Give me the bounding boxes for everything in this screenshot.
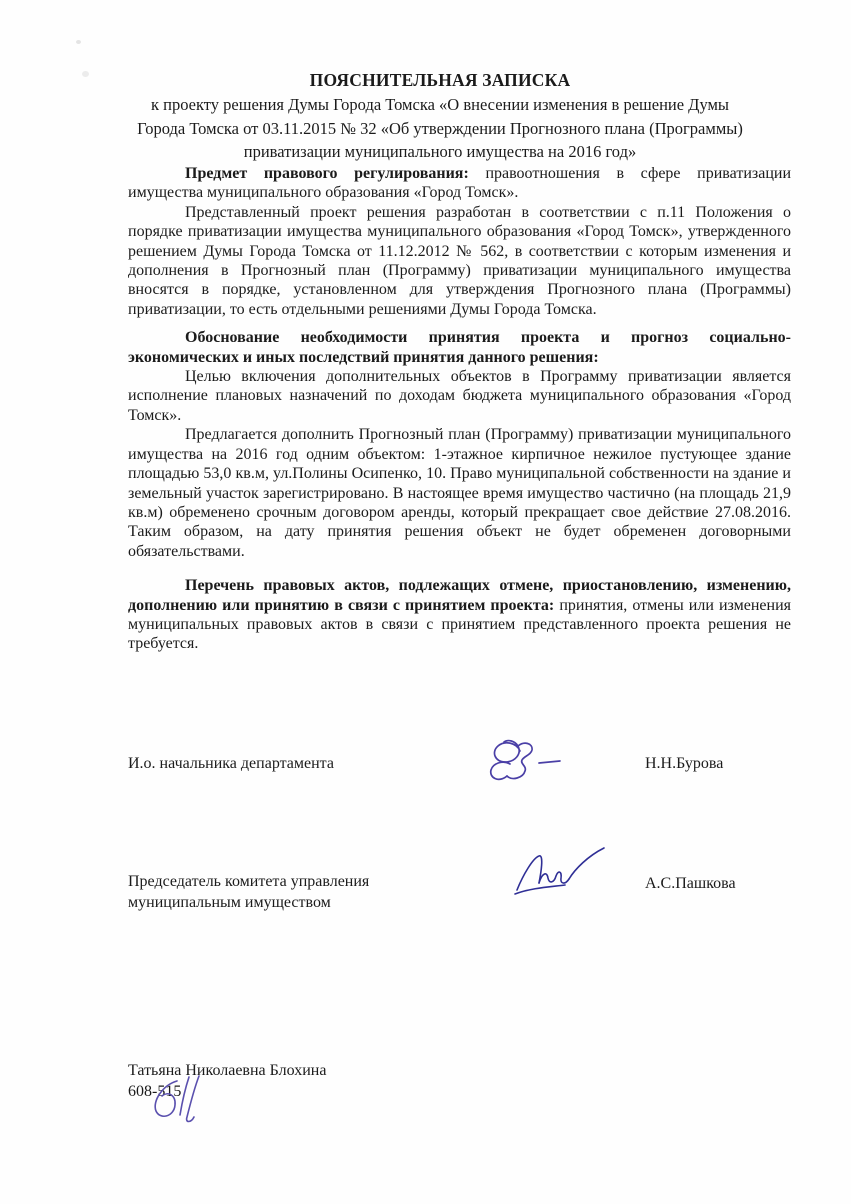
paragraph-text: Представленный проект решения разработан… [128, 204, 791, 318]
paragraph-proposal: Предлагается дополнить Прогнозный план (… [128, 425, 791, 561]
document-subtitle-line: к проекту решения Думы Города Томска «О … [95, 93, 785, 117]
signatory-name: А.С.Пашкова [645, 873, 736, 894]
paragraph-text: Предлагается дополнить Прогнозный план (… [128, 426, 791, 559]
signatory-position: Председатель комитета управления муницип… [128, 871, 423, 913]
paragraph-subject: Предмет правового регулирования: правоот… [128, 164, 791, 203]
handwritten-signature [512, 845, 610, 899]
signatory-position: И.о. начальника департамента [128, 753, 334, 774]
paragraph-goal: Целью включения дополнительных объектов … [128, 367, 791, 425]
paragraph-justification-heading: Обоснование необходимости принятия проек… [128, 328, 791, 367]
signatory-name: Н.Н.Бурова [645, 753, 723, 774]
scanned-document-page: ПОЯСНИТЕЛЬНАЯ ЗАПИСКА к проекту решения … [0, 0, 851, 1204]
paragraph-acts-list: Перечень правовых актов, подлежащих отме… [128, 576, 791, 654]
document-subtitle-line: приватизации муниципального имущества на… [95, 140, 785, 164]
scan-speck [82, 71, 89, 77]
document-subtitle-line: Города Томска от 03.11.2015 № 32 «Об утв… [95, 117, 785, 141]
document-body: Предмет правового регулирования: правоот… [128, 164, 791, 654]
document-header: ПОЯСНИТЕЛЬНАЯ ЗАПИСКА к проекту решения … [95, 70, 785, 164]
handwritten-signature [148, 1072, 226, 1126]
page-title: ПОЯСНИТЕЛЬНАЯ ЗАПИСКА [95, 70, 785, 91]
scan-speck [76, 40, 81, 44]
paragraph-lead: Обоснование необходимости принятия проек… [128, 329, 791, 365]
handwritten-signature [486, 736, 582, 788]
paragraph-lead: Предмет правового регулирования: [185, 165, 469, 182]
paragraph-legal-basis: Представленный проект решения разработан… [128, 203, 791, 319]
paragraph-text: Целью включения дополнительных объектов … [128, 368, 791, 424]
